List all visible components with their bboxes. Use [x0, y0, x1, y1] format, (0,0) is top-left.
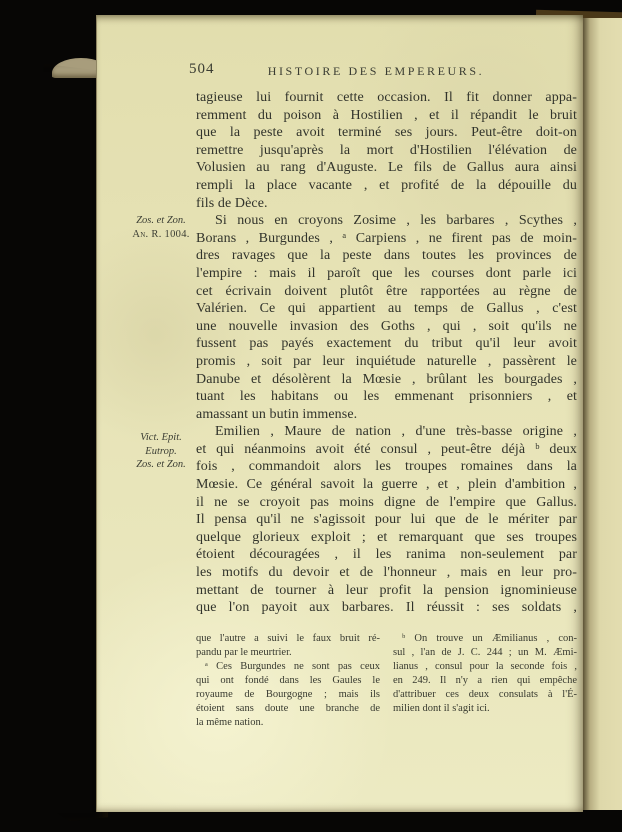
- margin-note-line: Zos. et Zon.: [127, 458, 195, 472]
- paragraph-2: Si nous en croyons Zosime , les barbares…: [196, 212, 577, 423]
- text-line: étoient découragées , il les ranima non-…: [196, 546, 577, 564]
- footnotes: que l'autre a suivi le faux bruit ré-pan…: [196, 632, 577, 730]
- text-line: que l'on payoit aux barbares. Il réussit…: [196, 599, 577, 617]
- text-line: milien dont il s'agit ici.: [393, 702, 577, 716]
- margin-note-citation-1: Zos. et Zon. An. R. 1004.: [127, 214, 195, 241]
- text-line: l'empire : mais il paroît que les course…: [196, 265, 577, 283]
- text-line: Danube et désolèrent la Mœsie , brûlant …: [196, 371, 577, 389]
- text-line: lianus , consul pour la seconde fois ,: [393, 660, 577, 674]
- book-scan: 504 HISTOIRE DES EMPEREURS. Zos. et Zon.…: [0, 0, 622, 832]
- text-line: il ne se croyoit pas moins digne de l'em…: [196, 494, 577, 512]
- paragraph-3: Emilien , Maure de nation , d'une très-b…: [196, 423, 577, 617]
- footnote-a: ᵃ Ces Burgundes ne sont pas ceuxqui ont …: [196, 660, 380, 730]
- text-line: une nouvelle invasion des Goths , qui , …: [196, 318, 577, 336]
- text-line: ᵇ On trouve un Æmilianus , con-: [393, 632, 577, 646]
- paragraph-1: tagieuse lui fournit cette occasion. Il …: [196, 89, 577, 212]
- text-line: royaume de Bourgogne ; mais ils: [196, 688, 380, 702]
- text-line: pandu par le meurtrier.: [196, 646, 380, 660]
- text-line: que la peste avoit terminé ses jours. Pe…: [196, 124, 577, 142]
- footnote-b: ᵇ On trouve un Æmilianus , con-sul , l'a…: [393, 632, 577, 716]
- text-line: qui ont fondé dans les Gaules le: [196, 674, 380, 688]
- text-line: promis , soit par leur inquiétude nature…: [196, 353, 577, 371]
- margin-note-citation-2: Vict. Epit. Eutrop. Zos. et Zon.: [127, 431, 195, 472]
- margin-note-line: An. R. 1004.: [127, 228, 195, 242]
- text-line: Valérien. Ce qui appartient au temps de …: [196, 300, 577, 318]
- text-line: tagieuse lui fournit cette occasion. Il …: [196, 89, 577, 107]
- text-line: la même nation.: [196, 716, 380, 730]
- text-line: les motifs du devoir et de l'honneur , m…: [196, 564, 577, 582]
- margin-note-line: Vict. Epit.: [127, 431, 195, 445]
- text-line: en 249. Il n'y a rien qui empêche: [393, 674, 577, 688]
- text-line: Mœsie. Ce général savoit la guerre , et …: [196, 476, 577, 494]
- running-title: HISTOIRE DES EMPEREURS.: [196, 64, 556, 79]
- text-line: fils de Dèce.: [196, 195, 577, 213]
- text-line: et qui néanmoins avoit été consul , peut…: [196, 441, 577, 459]
- page-body-text: tagieuse lui fournit cette occasion. Il …: [196, 89, 577, 617]
- text-line: tuant les habitans ou les emmenant priso…: [196, 388, 577, 406]
- text-line: que l'autre a suivi le faux bruit ré-: [196, 632, 380, 646]
- text-line: fois , commandoit alors les troupes roma…: [196, 458, 577, 476]
- footnote-continuation: que l'autre a suivi le faux bruit ré-pan…: [196, 632, 380, 660]
- footnote-column-right: ᵇ On trouve un Æmilianus , con-sul , l'a…: [393, 632, 577, 730]
- book-page: 504 HISTOIRE DES EMPEREURS. Zos. et Zon.…: [96, 15, 583, 812]
- text-line: Il pensa qu'il ne s'agissoit pour lui qu…: [196, 511, 577, 529]
- text-line: sul , l'an de J. C. 244 ; un M. Æmi-: [393, 646, 577, 660]
- facing-page-gutter: [580, 18, 622, 810]
- text-line: Volusien au rang d'Auguste. Le fils de G…: [196, 159, 577, 177]
- text-line: mettant de tourner à leur profit la pens…: [196, 582, 577, 600]
- text-line: Si nous en croyons Zosime , les barbares…: [196, 212, 577, 230]
- text-line: étoient sans doute une branche de: [196, 702, 380, 716]
- text-line: cet écrivain doivent plutôt être rapport…: [196, 283, 577, 301]
- text-line: d'attribuer ces deux consulats à l'É-: [393, 688, 577, 702]
- margin-note-line: Zos. et Zon.: [127, 214, 195, 228]
- text-line: ᵃ Ces Burgundes ne sont pas ceux: [196, 660, 380, 674]
- text-line: Borans , Burgundes , ᵃ Carpiens , ne fir…: [196, 230, 577, 248]
- text-line: fussent pas payés exactement du tribut q…: [196, 335, 577, 353]
- text-line: quelque glorieux exploit ; et remarquant…: [196, 529, 577, 547]
- text-line: dres ravages que la peste dans toutes le…: [196, 247, 577, 265]
- footnote-column-left: que l'autre a suivi le faux bruit ré-pan…: [196, 632, 380, 730]
- page-edges: [17, 64, 108, 821]
- text-line: remettre jusqu'après la mort d'Hostilien…: [196, 142, 577, 160]
- text-line: amassant un butin immense.: [196, 406, 577, 424]
- margin-note-line: Eutrop.: [127, 445, 195, 459]
- text-line: rempli la place vacante , et profité de …: [196, 177, 577, 195]
- text-line: remment du poison à Hostilien , et il ré…: [196, 107, 577, 125]
- text-line: Emilien , Maure de nation , d'une très-b…: [196, 423, 577, 441]
